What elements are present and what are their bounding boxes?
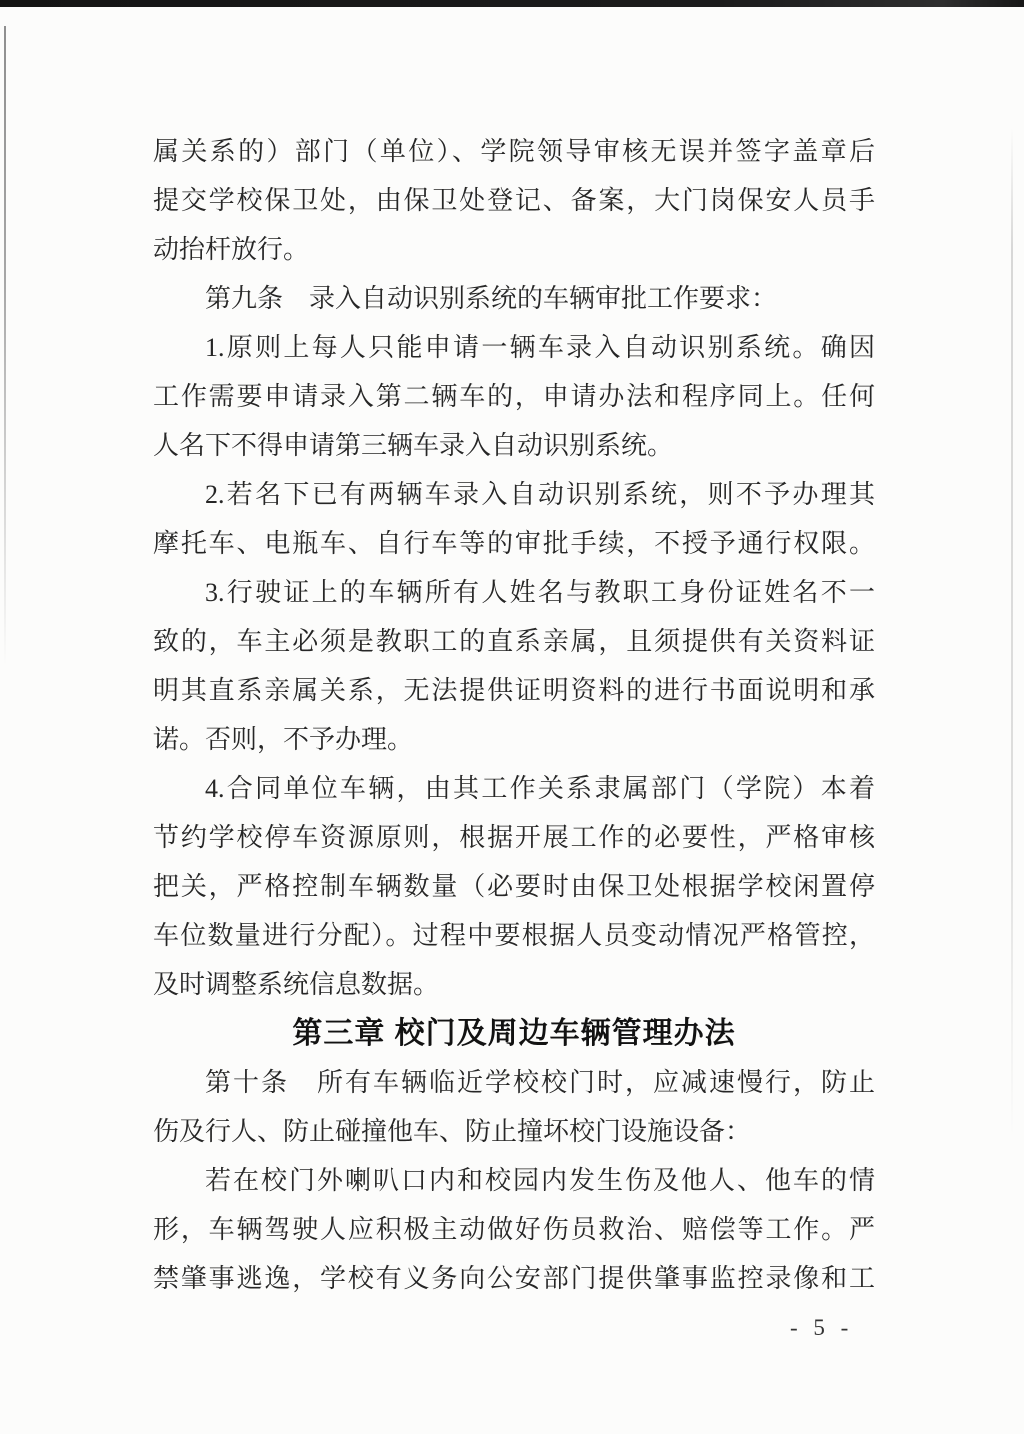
section-heading-chapter-3: 第三章 校门及周边车辆管理办法 bbox=[153, 1009, 875, 1058]
document-line-article-9: 第九条 录入自动识别系统的车辆审批工作要求： bbox=[153, 274, 875, 323]
scan-edge-top bbox=[0, 0, 1024, 7]
document-line: 1.原则上每人只能申请一辆车录入自动识别系统。确因 bbox=[153, 323, 875, 372]
document-line: 若在校门外喇叭口内和校园内发生伤及他人、他车的情 bbox=[153, 1156, 875, 1205]
scan-edge-left bbox=[4, 26, 6, 666]
document-line: 致的，车主必须是教职工的直系亲属，且须提供有关资料证 bbox=[153, 617, 875, 666]
document-line: 3.行驶证上的车辆所有人姓名与教职工身份证姓名不一 bbox=[153, 568, 875, 617]
document-line-article-10: 第十条 所有车辆临近学校校门时，应减速慢行，防止 bbox=[153, 1058, 875, 1107]
document-line: 人名下不得申请第三辆车录入自动识别系统。 bbox=[153, 421, 875, 470]
scan-edge-right bbox=[1011, 128, 1013, 1138]
document-line: 节约学校停车资源原则，根据开展工作的必要性，严格审核 bbox=[153, 813, 875, 862]
document-line: 属关系的）部门（单位）、学院领导审核无误并签字盖章后 bbox=[153, 127, 875, 176]
document-line: 明其直系亲属关系，无法提供证明资料的进行书面说明和承 bbox=[153, 666, 875, 715]
document-line: 摩托车、电瓶车、自行车等的审批手续，不授予通行权限。 bbox=[153, 519, 875, 568]
document-line: 及时调整系统信息数据。 bbox=[153, 960, 875, 1009]
document-content: 属关系的）部门（单位）、学院领导审核无误并签字盖章后 提交学校保卫处，由保卫处登… bbox=[153, 127, 875, 1303]
document-line: 禁肇事逃逸，学校有义务向公安部门提供肇事监控录像和工 bbox=[153, 1254, 875, 1303]
document-line: 伤及行人、防止碰撞他车、防止撞坏校门设施设备： bbox=[153, 1107, 875, 1156]
document-line: 4.合同单位车辆，由其工作关系隶属部门（学院）本着 bbox=[153, 764, 875, 813]
document-line: 把关，严格控制车辆数量（必要时由保卫处根据学校闲置停 bbox=[153, 862, 875, 911]
document-line: 动抬杆放行。 bbox=[153, 225, 875, 274]
document-line: 2.若名下已有两辆车录入自动识别系统，则不予办理其 bbox=[153, 470, 875, 519]
page-number: - 5 - bbox=[790, 1315, 853, 1341]
document-line: 车位数量进行分配）。过程中要根据人员变动情况严格管控， bbox=[153, 911, 875, 960]
document-line: 形，车辆驾驶人应积极主动做好伤员救治、赔偿等工作。严 bbox=[153, 1205, 875, 1254]
document-line: 提交学校保卫处，由保卫处登记、备案，大门岗保安人员手 bbox=[153, 176, 875, 225]
document-page: 属关系的）部门（单位）、学院领导审核无误并签字盖章后 提交学校保卫处，由保卫处登… bbox=[0, 0, 1024, 1434]
document-line: 诺。否则，不予办理。 bbox=[153, 715, 875, 764]
document-line: 工作需要申请录入第二辆车的，申请办法和程序同上。任何 bbox=[153, 372, 875, 421]
